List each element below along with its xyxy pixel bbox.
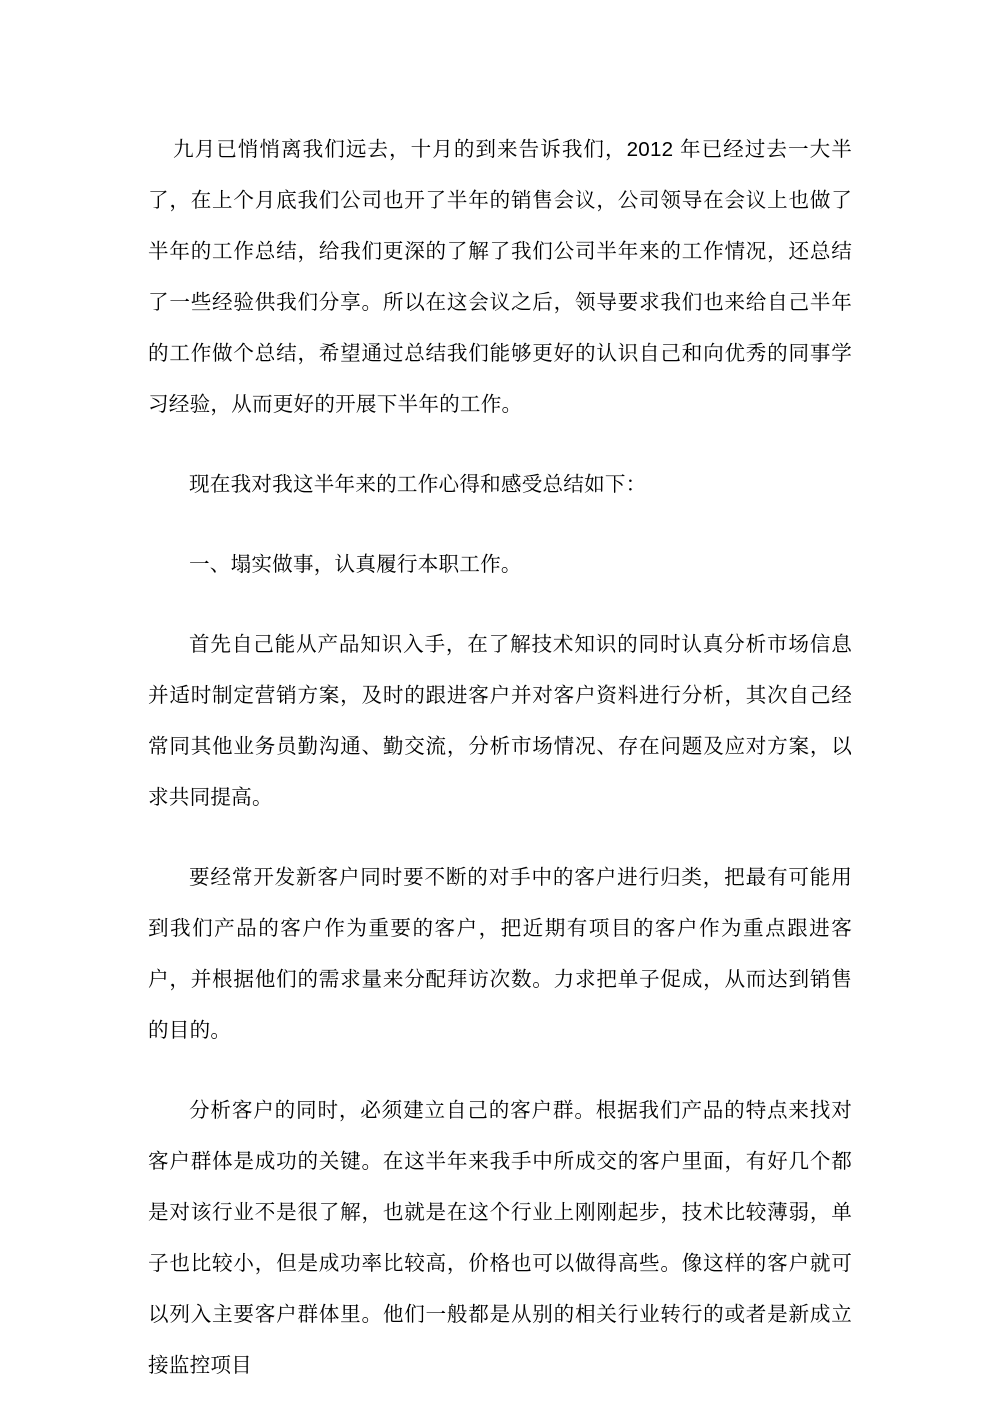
paragraph-customer-development: 要经常开发新客户同时要不断的对手中的客户进行归类，把最有可能用到我们产品的客户作… [148,852,852,1056]
paragraph-intro: 九月已悄悄离我们远去，十月的到来告诉我们，2012 年已经过去一大半了，在上个月… [148,124,852,430]
document-body: 九月已悄悄离我们远去，十月的到来告诉我们，2012 年已经过去一大半了，在上个月… [148,124,852,1391]
paragraph-customer-analysis: 分析客户的同时，必须建立自己的客户群。根据我们产品的特点来找对客户群体是成功的关… [148,1085,852,1391]
paragraph-product-knowledge: 首先自己能从产品知识入手，在了解技术知识的同时认真分析市场信息并适时制定营销方案… [148,619,852,823]
section-heading-1: 一、塌实做事，认真履行本职工作。 [148,539,852,590]
document-page: 九月已悄悄离我们远去，十月的到来告诉我们，2012 年已经过去一大半了，在上个月… [0,0,1000,1415]
paragraph-lead-in: 现在我对我这半年来的工作心得和感受总结如下： [148,459,852,510]
